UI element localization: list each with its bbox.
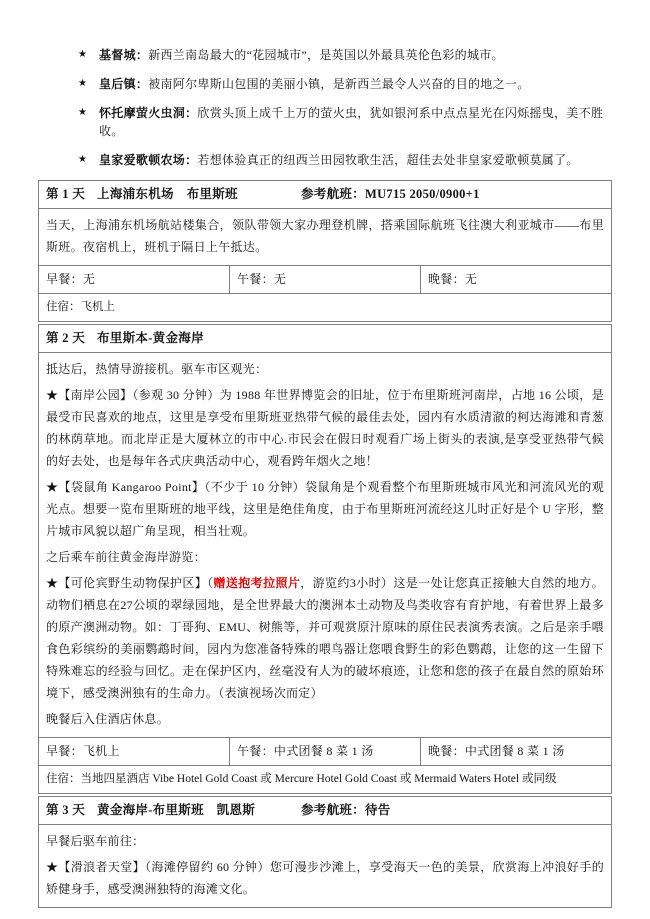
meal-cell-lunch: 午餐：无 [229,266,420,293]
highlight-item: ★怀托摩萤火虫洞：欣赏头顶上成千上万的萤火虫，犹如银河系中点点星光在闪烁摇曳，美… [38,104,612,140]
day-section-3: 第 3 天黄金海岸-布里斯班 凯恩斯参考航班：待告早餐后驱车前往：★【滑浪者天堂… [38,796,612,908]
day-section-1: 第 1 天上海浦东机场 布里斯班参考航班：MU715 2050/0900+1当天… [38,180,612,322]
text-segment: 晚餐后入住酒店休息。 [46,712,169,726]
description-paragraph: ★【袋鼠角 Kangaroo Point】（不少于 10 分钟）袋鼠角是个观看整… [46,476,604,542]
star-icon: ★ [78,104,99,122]
day-header-row: 第 1 天上海浦东机场 布里斯班参考航班：MU715 2050/0900+1 [39,181,611,208]
highlight-item: ★皇家爱歌顿农场：若想体验真正的纽西兰田园牧歌生活，超佳去处非皇家爱歌顿莫属了。 [38,151,612,169]
star-icon: ★ [78,75,99,93]
highlight-label: 怀托摩萤火虫洞： [99,106,197,120]
day-number-label: 第 2 天 [46,331,85,345]
description-paragraph: ★【滑浪者天堂】（海滩停留约 60 分钟）您可漫步沙滩上，享受海天一色的美景，欣… [46,856,604,900]
text-segment: ★【袋鼠角 Kangaroo Point】（不少于 10 分钟）袋鼠角是个观看整… [46,480,604,538]
highlight-body: 若想体验真正的纽西兰田园牧歌生活，超佳去处非皇家爱歌顿莫属了。 [197,153,578,167]
flight-info: 参考航班：MU715 2050/0900+1 [301,187,480,201]
description-paragraph: 抵达后，热情导游接机。驱车市区观光： [46,358,604,380]
lodging-row: 住宿：飞机上 [39,293,611,321]
meal-cell-breakfast: 早餐：飞机上 [39,738,229,765]
description-paragraph: ★【可伦宾野生动物保护区】（赠送抱考拉照片，游览约3小时）这是一处让您真正接触大… [46,572,604,704]
text-segment: 当天，上海浦东机场航站楼集合，领队带领大家办理登机牌，搭乘国际航班飞往澳大利亚城… [46,218,604,254]
day-route: 上海浦东机场 布里斯班 [97,187,238,201]
highlighted-offer-text: 赠送抱考拉照片 [214,576,301,590]
highlight-item: ★基督城：新西兰南岛最大的“花园城市”，是英国以外最具英伦色彩的城市。 [38,46,612,64]
day-header-row: 第 2 天布里斯本-黄金海岸 [39,325,611,352]
day-description: 当天，上海浦东机场航站楼集合，领队带领大家办理登机牌，搭乘国际航班飞往澳大利亚城… [39,208,611,265]
highlight-label: 皇家爱歌顿农场： [99,153,197,167]
day-title: 第 1 天上海浦东机场 布里斯班 [46,187,301,202]
text-segment: 早餐后驱车前往： [46,834,144,848]
text-segment: ★【滑浪者天堂】（海滩停留约 60 分钟）您可漫步沙滩上，享受海天一色的美景，欣… [46,860,604,896]
star-icon: ★ [78,151,99,169]
highlight-text: 皇家爱歌顿农场：若想体验真正的纽西兰田园牧歌生活，超佳去处非皇家爱歌顿莫属了。 [99,151,579,169]
highlight-body: 被南阿尔卑斯山包围的美丽小镇，是新西兰最令人兴奋的目的地之一。 [148,77,529,91]
highlight-item: ★皇后镇：被南阿尔卑斯山包围的美丽小镇，是新西兰最令人兴奋的目的地之一。 [38,75,612,93]
highlight-label: 基督城： [99,48,148,62]
description-paragraph: ★【南岸公园】（参观 30 分钟）为 1988 年世界博览会的旧址，位于布里斯班… [46,384,604,472]
itinerary: 第 1 天上海浦东机场 布里斯班参考航班：MU715 2050/0900+1当天… [38,180,612,908]
description-paragraph: 之后乘车前往黄金海岸游览： [46,546,604,568]
day-header-row: 第 3 天黄金海岸-布里斯班 凯恩斯参考航班：待告 [39,797,611,824]
text-segment: ★【南岸公园】（参观 30 分钟）为 1988 年世界博览会的旧址，位于布里斯班… [46,388,604,468]
day-route: 黄金海岸-布里斯班 凯恩斯 [97,803,255,817]
text-segment: ★【可伦宾野生动物保护区】（ [46,576,214,590]
day-title: 第 2 天布里斯本-黄金海岸 [46,331,301,346]
meals-row: 早餐：无午餐：无晚餐：无 [39,265,611,293]
day-number-label: 第 3 天 [46,803,85,817]
description-paragraph: 早餐后驱车前往： [46,830,604,852]
document-page: ★基督城：新西兰南岛最大的“花园城市”，是英国以外最具英伦色彩的城市。★皇后镇：… [0,0,650,919]
description-paragraph: 当天，上海浦东机场航站楼集合，领队带领大家办理登机牌，搭乘国际航班飞往澳大利亚城… [46,214,604,258]
highlight-label: 皇后镇： [99,77,148,91]
lodging-row: 住宿：当地四星酒店 Vibe Hotel Gold Coast 或 Mercur… [39,765,611,793]
description-paragraph: 晚餐后入住酒店休息。 [46,708,604,730]
highlight-body: 新西兰南岛最大的“花园城市”，是英国以外最具英伦色彩的城市。 [148,48,504,62]
text-segment: ，游览约3小时）这是一处让您真正接触大自然的地方。动物们栖息在27公顷的翠绿园地… [46,576,604,700]
meal-cell-lunch: 午餐：中式团餐 8 菜 1 汤 [229,738,420,765]
text-segment: 之后乘车前往黄金海岸游览： [46,550,206,564]
day-description: 早餐后驱车前往：★【滑浪者天堂】（海滩停留约 60 分钟）您可漫步沙滩上，享受海… [39,824,611,907]
day-description: 抵达后，热情导游接机。驱车市区观光：★【南岸公园】（参观 30 分钟）为 198… [39,352,611,737]
highlight-text: 基督城：新西兰南岛最大的“花园城市”，是英国以外最具英伦色彩的城市。 [99,46,504,64]
meal-cell-breakfast: 早餐：无 [39,266,229,293]
day-route: 布里斯本-黄金海岸 [97,331,204,345]
day-title: 第 3 天黄金海岸-布里斯班 凯恩斯 [46,803,301,818]
day-number-label: 第 1 天 [46,187,85,201]
text-segment: 抵达后，热情导游接机。驱车市区观光： [46,362,267,376]
star-icon: ★ [78,46,99,64]
highlight-text: 怀托摩萤火虫洞：欣赏头顶上成千上万的萤火虫，犹如银河系中点点星光在闪烁摇曳，美不… [99,104,612,140]
flight-info: 参考航班：待告 [301,803,391,817]
meal-cell-dinner: 晚餐：中式团餐 8 菜 1 汤 [420,738,611,765]
meals-row: 早餐：飞机上午餐：中式团餐 8 菜 1 汤晚餐：中式团餐 8 菜 1 汤 [39,737,611,765]
highlight-text: 皇后镇：被南阿尔卑斯山包围的美丽小镇，是新西兰最令人兴奋的目的地之一。 [99,75,530,93]
day-section-2: 第 2 天布里斯本-黄金海岸抵达后，热情导游接机。驱车市区观光：★【南岸公园】（… [38,324,612,794]
meal-cell-dinner: 晚餐：无 [420,266,611,293]
highlights-list: ★基督城：新西兰南岛最大的“花园城市”，是英国以外最具英伦色彩的城市。★皇后镇：… [38,46,612,169]
